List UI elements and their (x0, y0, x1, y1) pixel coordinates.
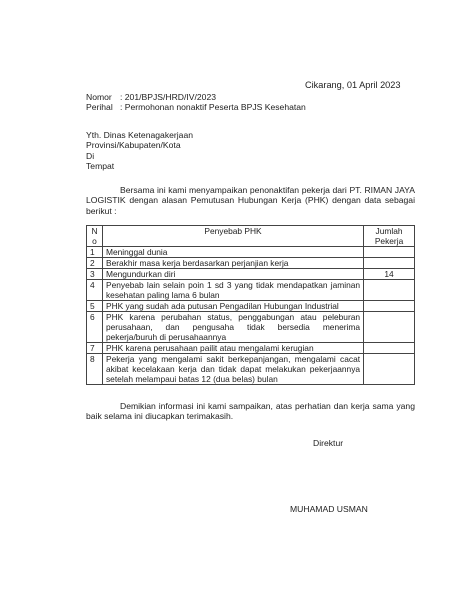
header-cause: Penyebab PHK (102, 226, 363, 247)
row-no: 4 (87, 280, 103, 301)
table-row: 4 Penyebab lain selain poin 1 sd 3 yang … (87, 280, 415, 301)
letter-subject-label: Perihal (86, 102, 120, 112)
place-date: Cikarang, 01 April 2023 (305, 80, 401, 90)
row-no: 3 (87, 269, 103, 280)
closing-paragraph: Demikian informasi ini kami sampaikan, a… (86, 401, 415, 422)
row-cause: Penyebab lain selain poin 1 sd 3 yang ti… (102, 280, 363, 301)
phk-table: N o Penyebab PHK Jumlah Pekerja 1 Mening… (86, 225, 415, 385)
row-count: 14 (364, 269, 415, 280)
row-no: 2 (87, 258, 103, 269)
recipient-line: Di (86, 151, 193, 161)
table-row: 6 PHK karena perubahan status, penggabun… (87, 312, 415, 343)
row-cause: PHK yang sudah ada putusan Pengadilan Hu… (102, 301, 363, 312)
recipient-line: Tempat (86, 161, 193, 171)
row-cause: PHK karena perusahaan pailit atau mengal… (102, 343, 363, 354)
recipient-line: Yth. Dinas Ketenagakerjaan (86, 130, 193, 140)
signature-name: MUHAMAD USMAN (290, 504, 368, 514)
opening-paragraph: Bersama ini kami menyampaikan penonaktif… (86, 185, 415, 216)
table-row: 3 Mengundurkan diri 14 (87, 269, 415, 280)
recipient-line: Provinsi/Kabupaten/Kota (86, 140, 193, 150)
table-row: 8 Pekerja yang mengalami sakit berkepanj… (87, 354, 415, 385)
row-count (364, 301, 415, 312)
letter-subject: Perihal: Permohonan nonaktif Peserta BPJ… (86, 102, 306, 112)
row-no: 5 (87, 301, 103, 312)
row-no: 6 (87, 312, 103, 343)
table-row: 7 PHK karena perusahaan pailit atau meng… (87, 343, 415, 354)
row-no: 7 (87, 343, 103, 354)
row-cause: Mengundurkan diri (102, 269, 363, 280)
row-count (364, 312, 415, 343)
letter-number-value: : 201/BPJS/HRD/IV/2023 (120, 92, 216, 102)
row-count (364, 258, 415, 269)
row-cause: Berakhir masa kerja berdasarkan perjanji… (102, 258, 363, 269)
letter-number: Nomor: 201/BPJS/HRD/IV/2023 (86, 92, 216, 102)
recipient-block: Yth. Dinas Ketenagakerjaan Provinsi/Kabu… (86, 130, 193, 171)
row-cause: PHK karena perubahan status, penggabunga… (102, 312, 363, 343)
row-count (364, 280, 415, 301)
table-row: 2 Berakhir masa kerja berdasarkan perjan… (87, 258, 415, 269)
table-row: 1 Meninggal dunia (87, 247, 415, 258)
row-cause: Meninggal dunia (102, 247, 363, 258)
header-count: Jumlah Pekerja (364, 226, 415, 247)
letter-subject-value: : Permohonan nonaktif Peserta BPJS Keseh… (120, 102, 306, 112)
row-count (364, 247, 415, 258)
header-no: N o (87, 226, 103, 247)
letter-number-label: Nomor (86, 92, 120, 102)
closing-paragraph-text: Demikian informasi ini kami sampaikan, a… (86, 401, 415, 421)
opening-paragraph-text: Bersama ini kami menyampaikan penonaktif… (86, 185, 415, 216)
table-row: 5 PHK yang sudah ada putusan Pengadilan … (87, 301, 415, 312)
signature-title: Direktur (313, 438, 343, 448)
row-no: 1 (87, 247, 103, 258)
row-no: 8 (87, 354, 103, 385)
row-cause: Pekerja yang mengalami sakit berkepanjan… (102, 354, 363, 385)
row-count (364, 354, 415, 385)
table-header-row: N o Penyebab PHK Jumlah Pekerja (87, 226, 415, 247)
row-count (364, 343, 415, 354)
